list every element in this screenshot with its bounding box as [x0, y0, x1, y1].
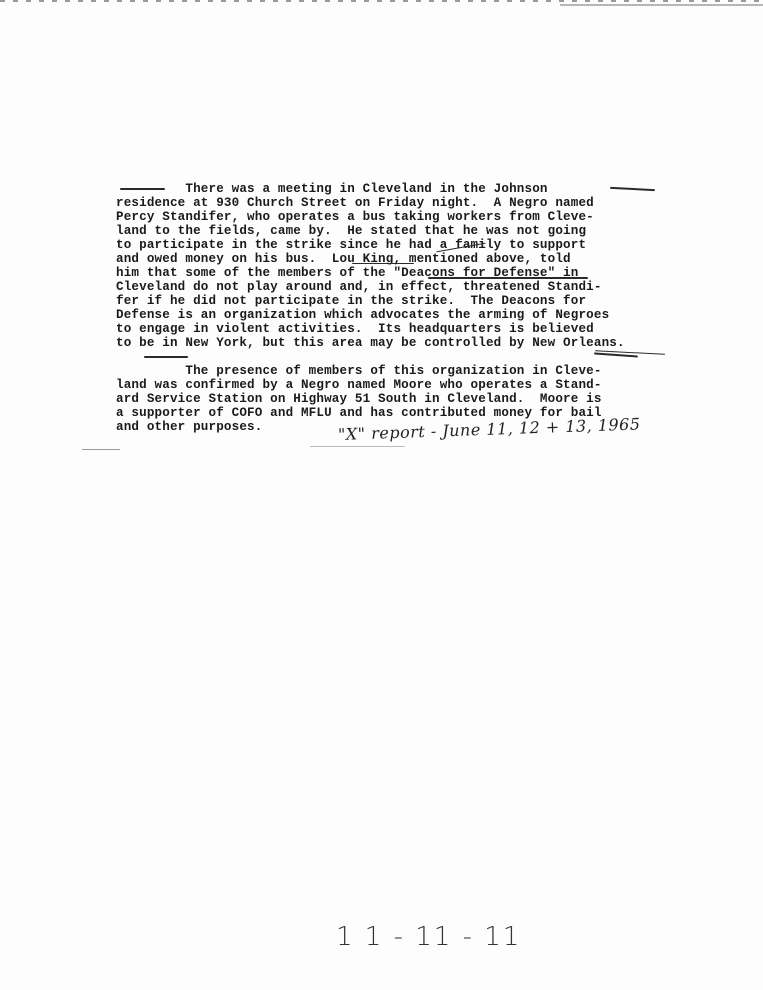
typed-document: There was a meeting in Cleveland in the …: [116, 182, 686, 434]
text-line: land to the fields, came by. He stated t…: [116, 224, 686, 238]
text-line: Cleveland do not play around and, in eff…: [116, 280, 686, 294]
text-line: fer if he did not participate in the str…: [116, 294, 686, 308]
paragraph-1: There was a meeting in Cleveland in the …: [116, 182, 686, 350]
text-line: Defense is an organization which advocat…: [116, 308, 686, 322]
text-line: The presence of members of this organiza…: [116, 364, 686, 378]
text-line: to participate in the strike since he ha…: [116, 238, 686, 252]
text-line: Percy Standifer, who operates a bus taki…: [116, 210, 686, 224]
underline-lou-king: [352, 263, 414, 264]
scan-speck: [82, 449, 120, 450]
text-line: There was a meeting in Cleveland in the …: [116, 182, 686, 196]
scan-top-edge-mark: [560, 4, 763, 6]
scan-speck: [310, 446, 405, 447]
text-line-deacons: him that some of the members of the "Dea…: [116, 266, 686, 280]
text-line: land was confirmed by a Negro named Moor…: [116, 378, 686, 392]
text-line: ard Service Station on Highway 51 South …: [116, 392, 686, 406]
text-line: residence at 930 Church Street on Friday…: [116, 196, 686, 210]
underline-deacons-for-defense: [428, 277, 588, 279]
paragraph-gap: [116, 350, 686, 364]
text-line: to engage in violent activities. Its hea…: [116, 322, 686, 336]
text-line-new-orleans: to be in New York, but this area may be …: [116, 336, 686, 350]
scan-top-edge: [0, 0, 763, 2]
handwritten-page-number: 1 1 - 11 - 11: [336, 922, 521, 952]
